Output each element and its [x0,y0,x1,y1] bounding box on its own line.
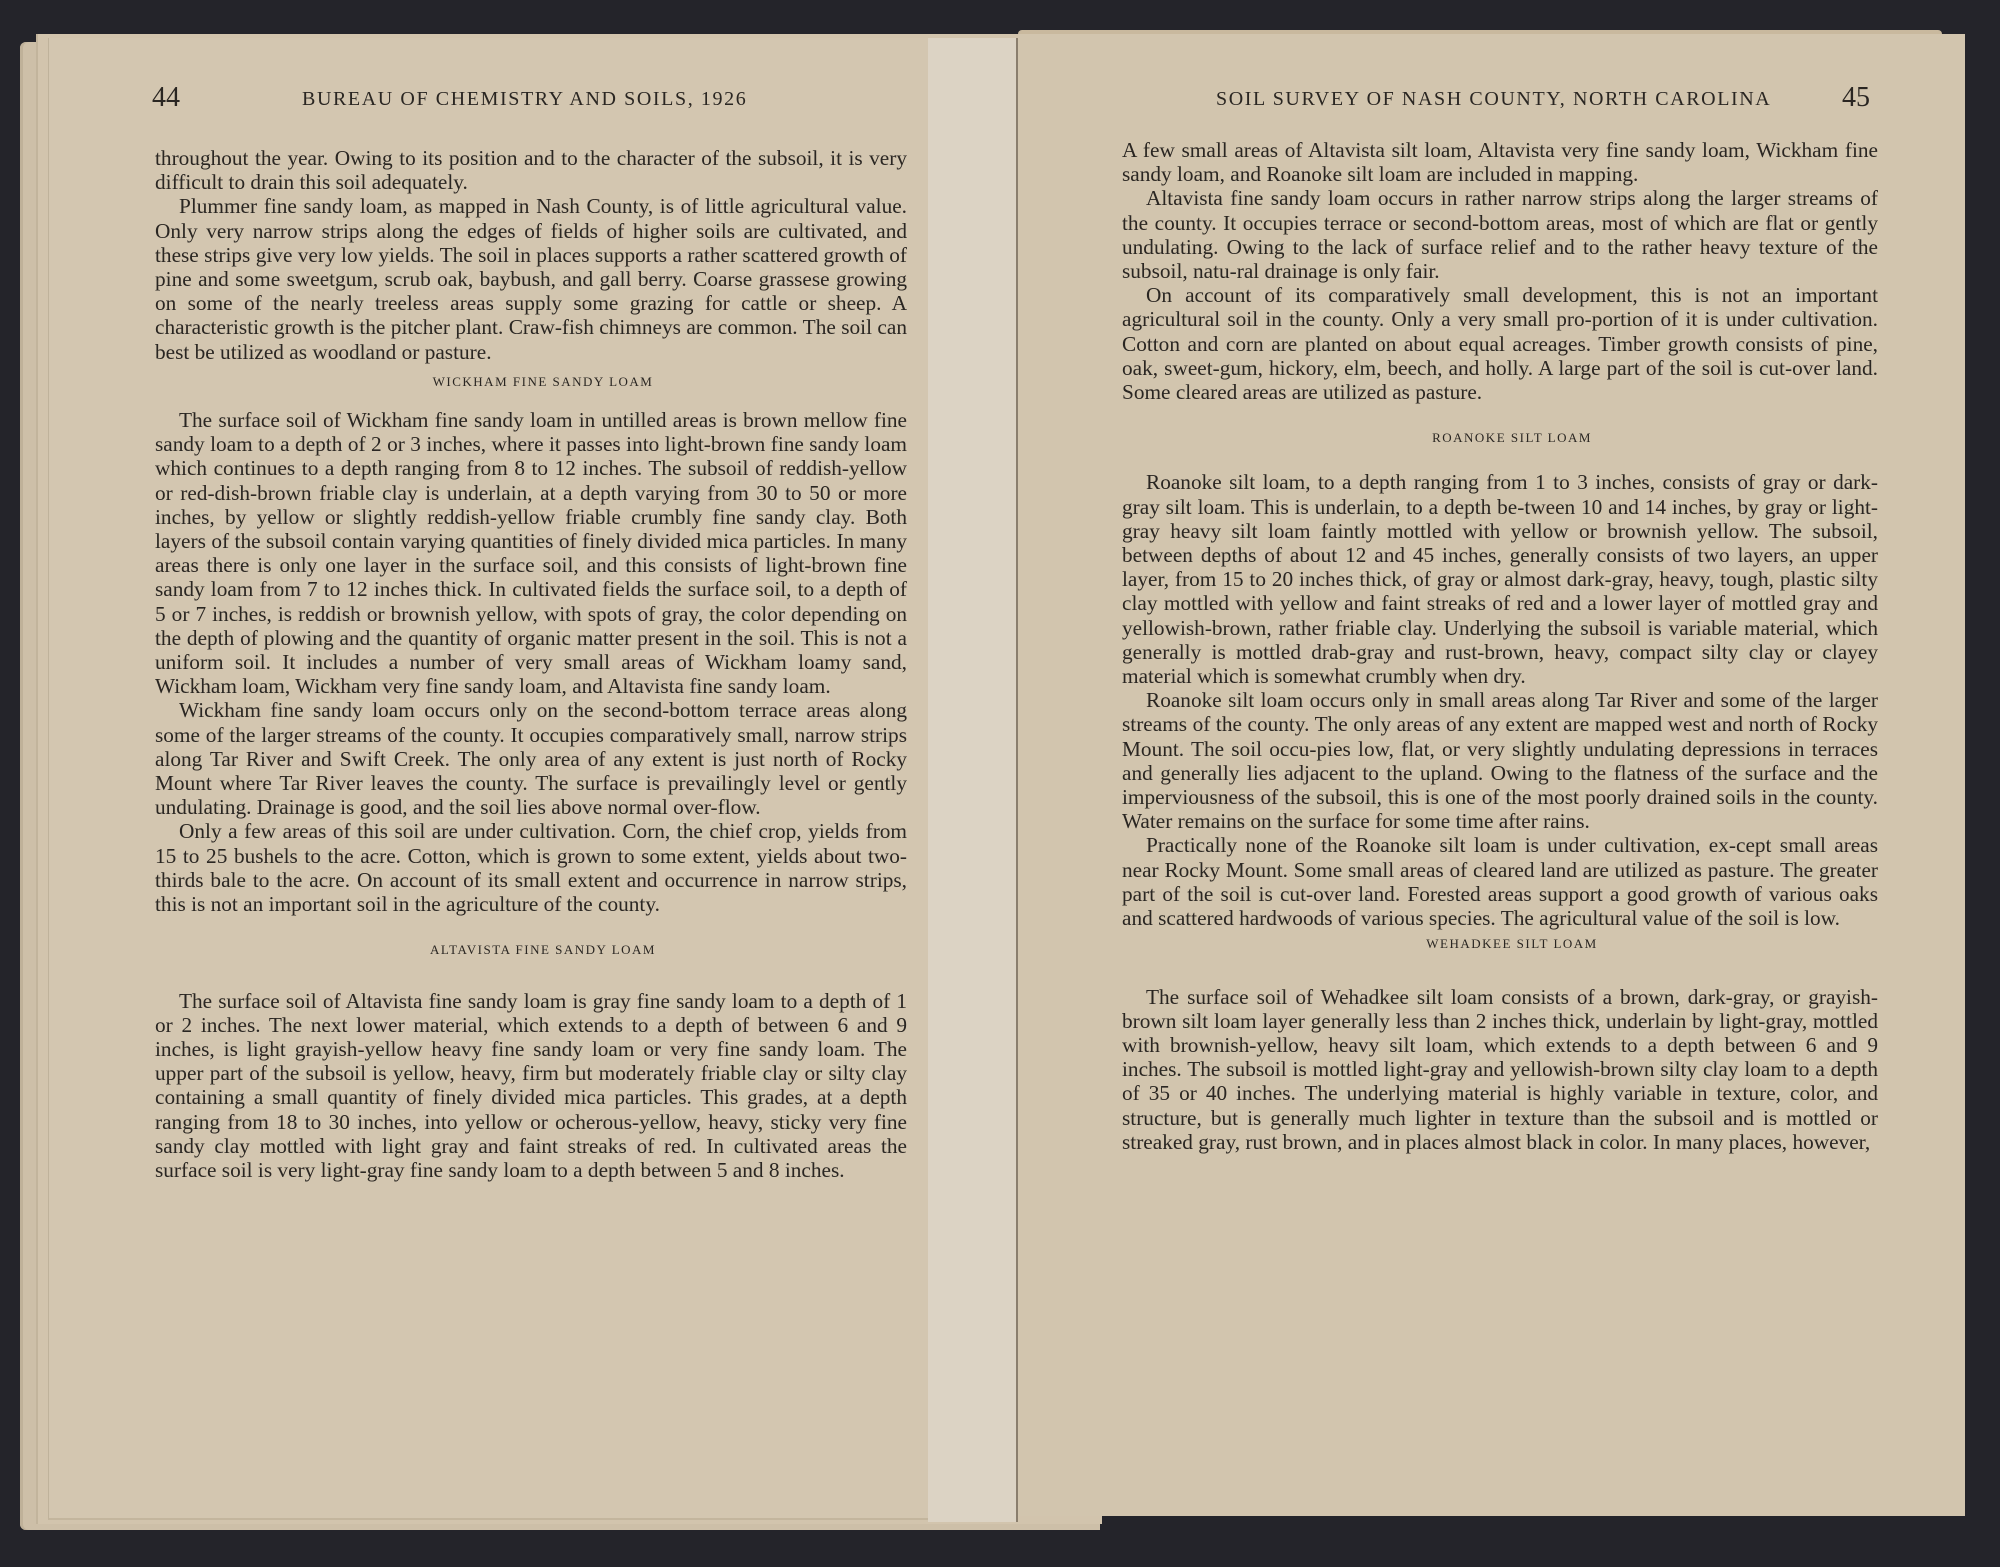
spine-gutter [928,38,1018,1522]
paragraph: throughout the year. Owing to its positi… [155,146,907,194]
right-page-number: 45 [1842,82,1870,114]
left-page-number: 44 [152,82,180,114]
right-running-header: SOIL SURVEY OF NASH COUNTY, NORTH CAROLI… [1216,88,1796,111]
right-page-body: A few small areas of Altavista silt loam… [1122,138,1878,1154]
section-heading-wehadkee: WEHADKEE SILT LOAM [1122,932,1878,956]
section-heading-altavista: ALTAVISTA FINE SANDY LOAM [155,938,907,962]
paragraph: Plummer fine sandy loam, as mapped in Na… [155,194,907,363]
paragraph: A few small areas of Altavista silt loam… [1122,138,1878,186]
left-page-body: throughout the year. Owing to its positi… [155,146,907,1182]
paragraph: The surface soil of Altavista fine sandy… [155,989,907,1183]
paragraph: The surface soil of Wickham fine sandy l… [155,408,907,698]
paragraph: Practically none of the Roanoke silt loa… [1122,833,1878,930]
paragraph: Only a few areas of this soil are under … [155,819,907,916]
left-running-header: BUREAU OF CHEMISTRY AND SOILS, 1926 [302,88,762,111]
section-heading-wickham: WICKHAM FINE SANDY LOAM [155,370,907,394]
paragraph: Roanoke silt loam occurs only in small a… [1122,688,1878,833]
section-heading-roanoke: ROANOKE SILT LOAM [1122,426,1878,450]
paragraph: Wickham fine sandy loam occurs only on t… [155,698,907,819]
paragraph: The surface soil of Wehadkee silt loam c… [1122,985,1878,1154]
paragraph: Altavista fine sandy loam occurs in rath… [1122,186,1878,283]
paragraph: On account of its comparatively small de… [1122,283,1878,404]
paragraph: Roanoke silt loam, to a depth ranging fr… [1122,470,1878,688]
